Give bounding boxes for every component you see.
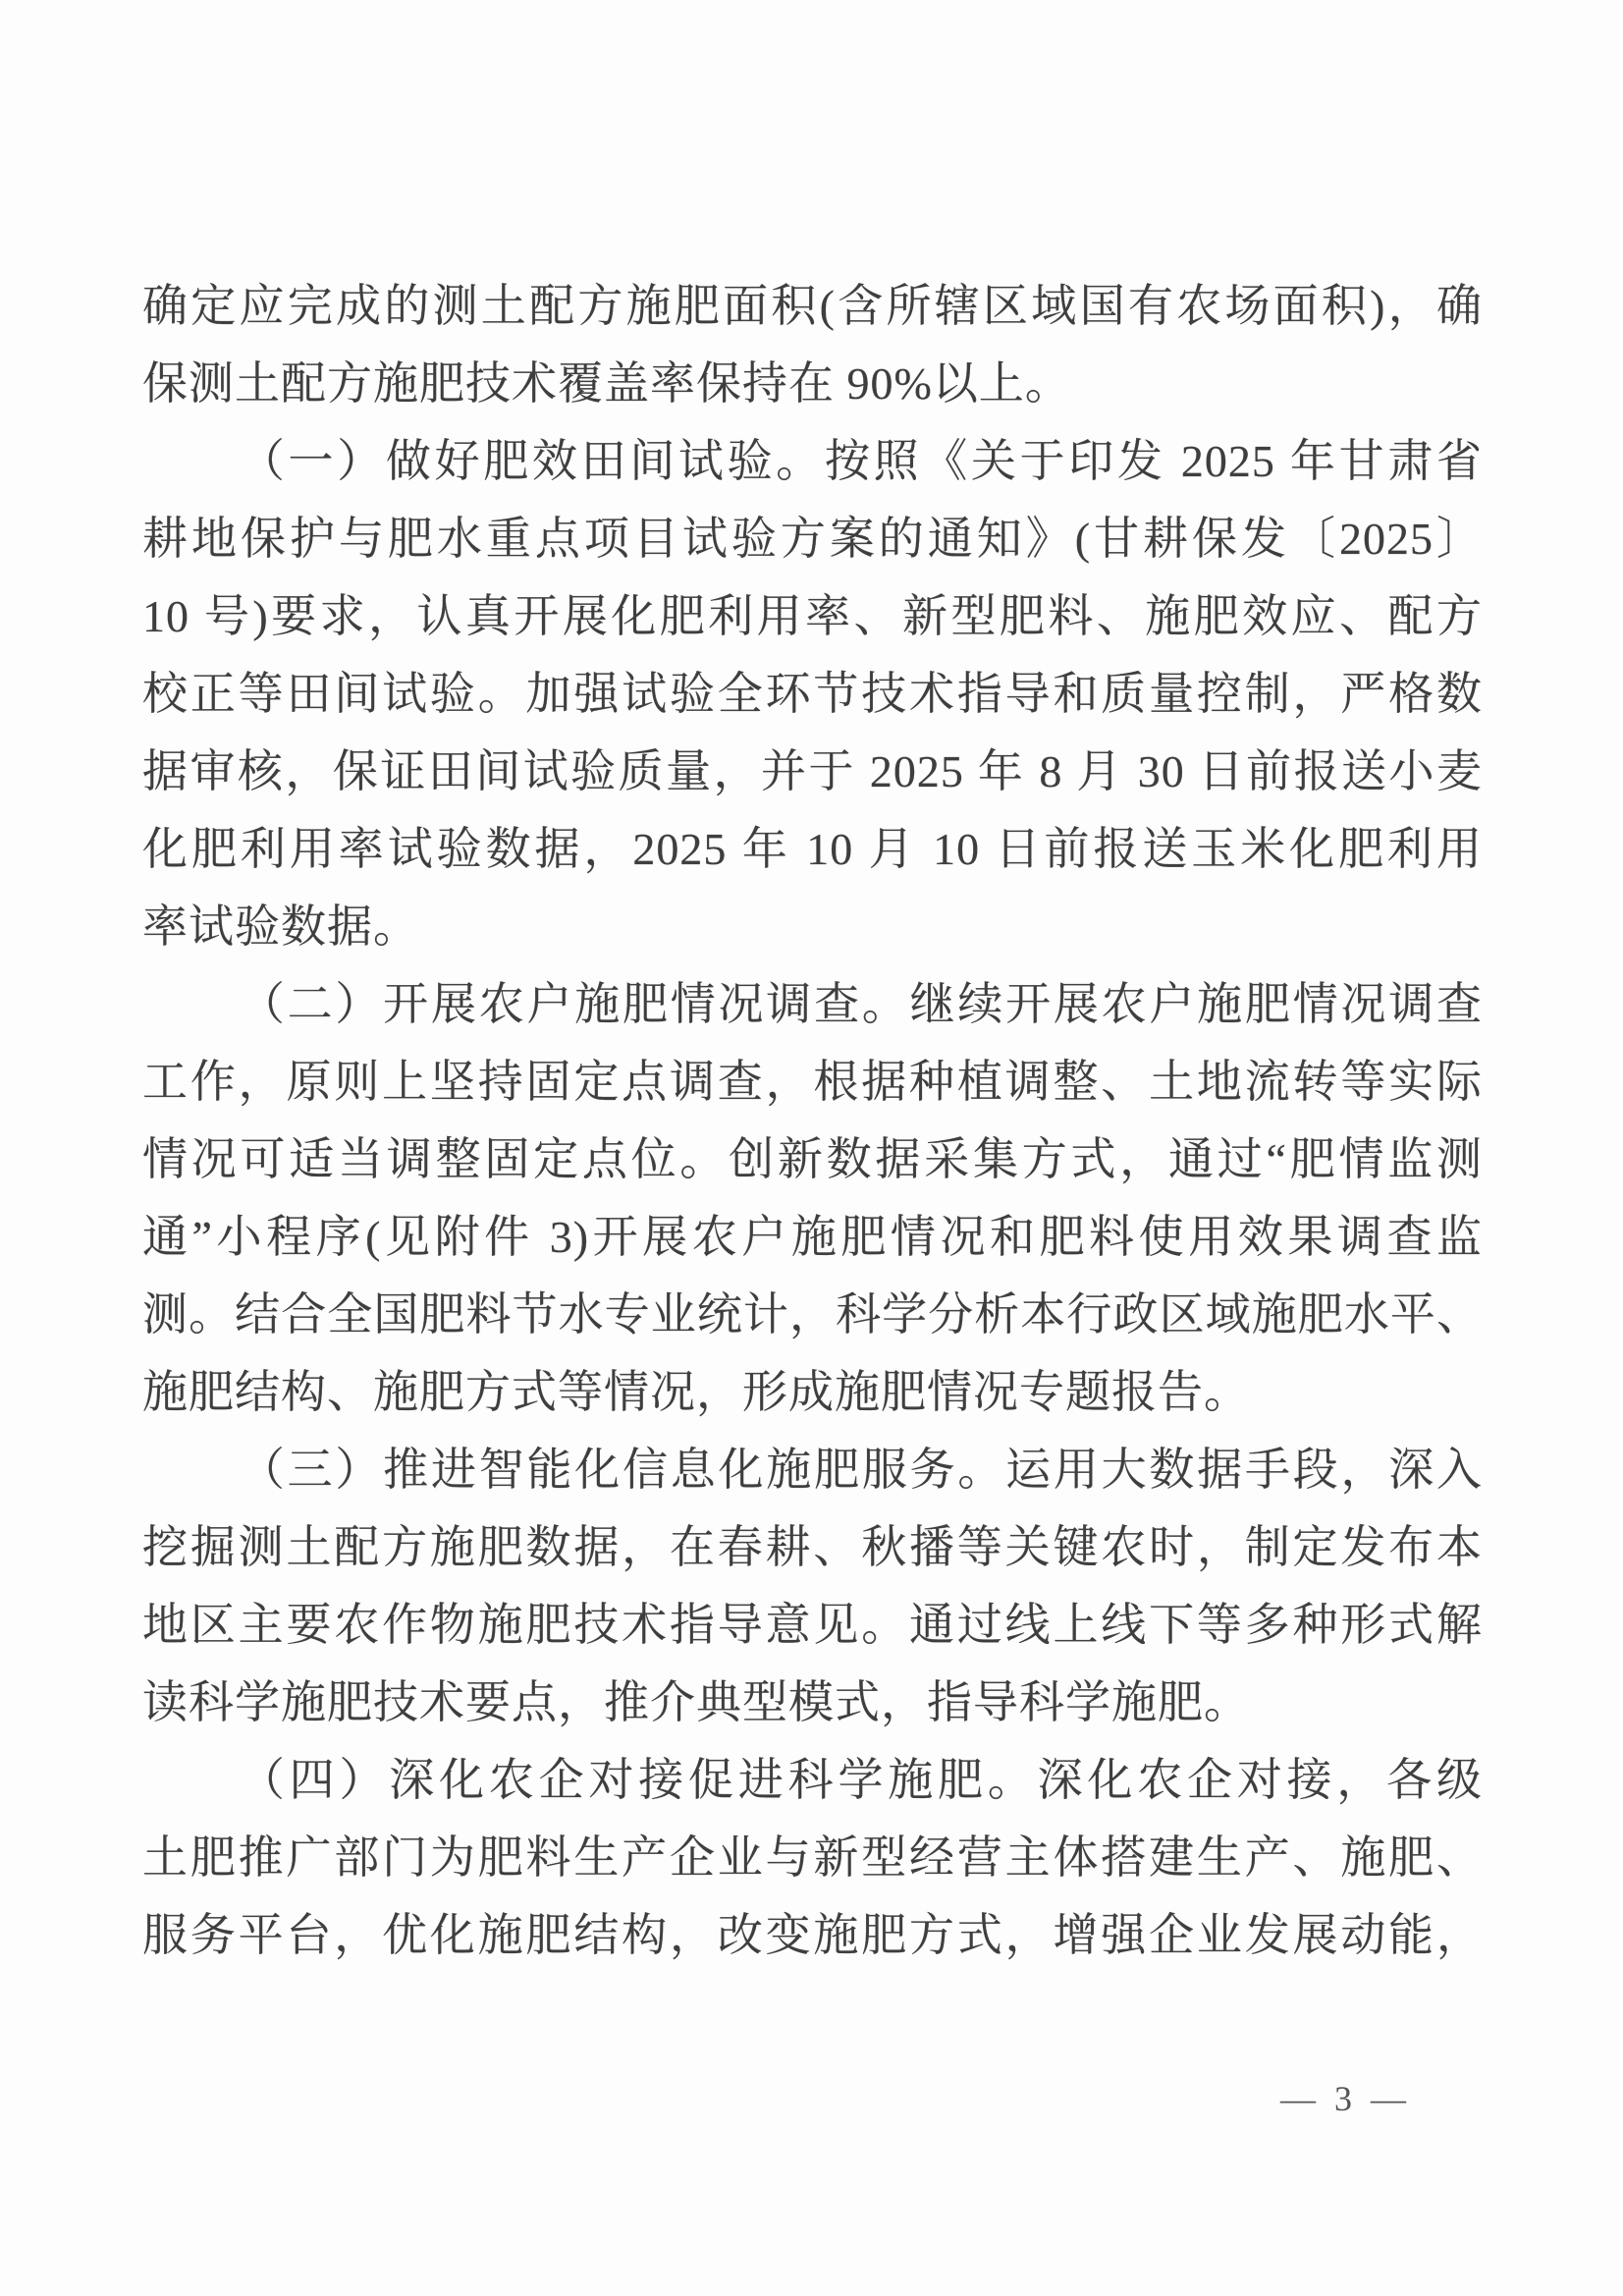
text-line: 10 号)要求，认真开展化肥利用率、新型肥料、施肥效应、配方 [142, 577, 1483, 655]
text-line: 耕地保护与肥水重点项目试验方案的通知》(甘耕保发〔2025〕 [142, 500, 1483, 577]
page-number: — 3 — [1280, 2074, 1411, 2123]
text-line: 施肥结构、施肥方式等情况，形成施肥情况专题报告。 [142, 1353, 1483, 1431]
text-line: 挖掘测土配方施肥数据，在春耕、秋播等关键农时，制定发布本 [142, 1508, 1483, 1586]
section-1-heading-line: （一）做好肥效田间试验。按照《关于印发 2025 年甘肃省 [142, 422, 1483, 500]
section-1-paragraph: （一）做好肥效田间试验。按照《关于印发 2025 年甘肃省 耕地保护与肥水重点项… [142, 422, 1483, 965]
text-line: 土肥推广部门为肥料生产企业与新型经营主体搭建生产、施肥、 [142, 1819, 1483, 1896]
text-line: 通”小程序(见附件 3)开展农户施肥情况和肥料使用效果调查监 [142, 1198, 1483, 1276]
text-line: 测。结合全国肥料节水专业统计，科学分析本行政区域施肥水平、 [142, 1276, 1483, 1353]
document-body: 确定应完成的测土配方施肥面积(含所辖区域国有农场面积)，确 保测土配方施肥技术覆… [142, 267, 1483, 1974]
text-line: 化肥利用率试验数据，2025 年 10 月 10 日前报送玉米化肥利用 [142, 810, 1483, 888]
text-line: 保测土配方施肥技术覆盖率保持在 90%以上。 [142, 345, 1483, 422]
section-3-heading-line: （三）推进智能化信息化施肥服务。运用大数据手段，深入 [142, 1431, 1483, 1508]
text-line: 校正等田间试验。加强试验全环节技术指导和质量控制，严格数 [142, 655, 1483, 733]
section-4-paragraph: （四）深化农企对接促进科学施肥。深化农企对接，各级 土肥推广部门为肥料生产企业与… [142, 1741, 1483, 1974]
text-line: 工作，原则上坚持固定点调查，根据种植调整、土地流转等实际 [142, 1043, 1483, 1121]
text-line: 读科学施肥技术要点，推介典型模式，指导科学施肥。 [142, 1664, 1483, 1741]
section-3-paragraph: （三）推进智能化信息化施肥服务。运用大数据手段，深入 挖掘测土配方施肥数据，在春… [142, 1431, 1483, 1741]
text-line: 地区主要农作物施肥技术指导意见。通过线上线下等多种形式解 [142, 1586, 1483, 1664]
paragraph-continuation: 确定应完成的测土配方施肥面积(含所辖区域国有农场面积)，确 保测土配方施肥技术覆… [142, 267, 1483, 422]
text-line: 情况可适当调整固定点位。创新数据采集方式，通过“肥情监测 [142, 1121, 1483, 1198]
section-4-heading-line: （四）深化农企对接促进科学施肥。深化农企对接，各级 [142, 1741, 1483, 1819]
text-line: 服务平台，优化施肥结构，改变施肥方式，增强企业发展动能， [142, 1896, 1483, 1974]
section-2-paragraph: （二）开展农户施肥情况调查。继续开展农户施肥情况调查 工作，原则上坚持固定点调查… [142, 965, 1483, 1431]
text-line: 率试验数据。 [142, 888, 1483, 965]
text-line: 确定应完成的测土配方施肥面积(含所辖区域国有农场面积)，确 [142, 267, 1483, 345]
document-page: 确定应完成的测土配方施肥面积(含所辖区域国有农场面积)，确 保测土配方施肥技术覆… [0, 0, 1623, 2296]
text-line: 据审核，保证田间试验质量，并于 2025 年 8 月 30 日前报送小麦 [142, 733, 1483, 810]
section-2-heading-line: （二）开展农户施肥情况调查。继续开展农户施肥情况调查 [142, 965, 1483, 1043]
